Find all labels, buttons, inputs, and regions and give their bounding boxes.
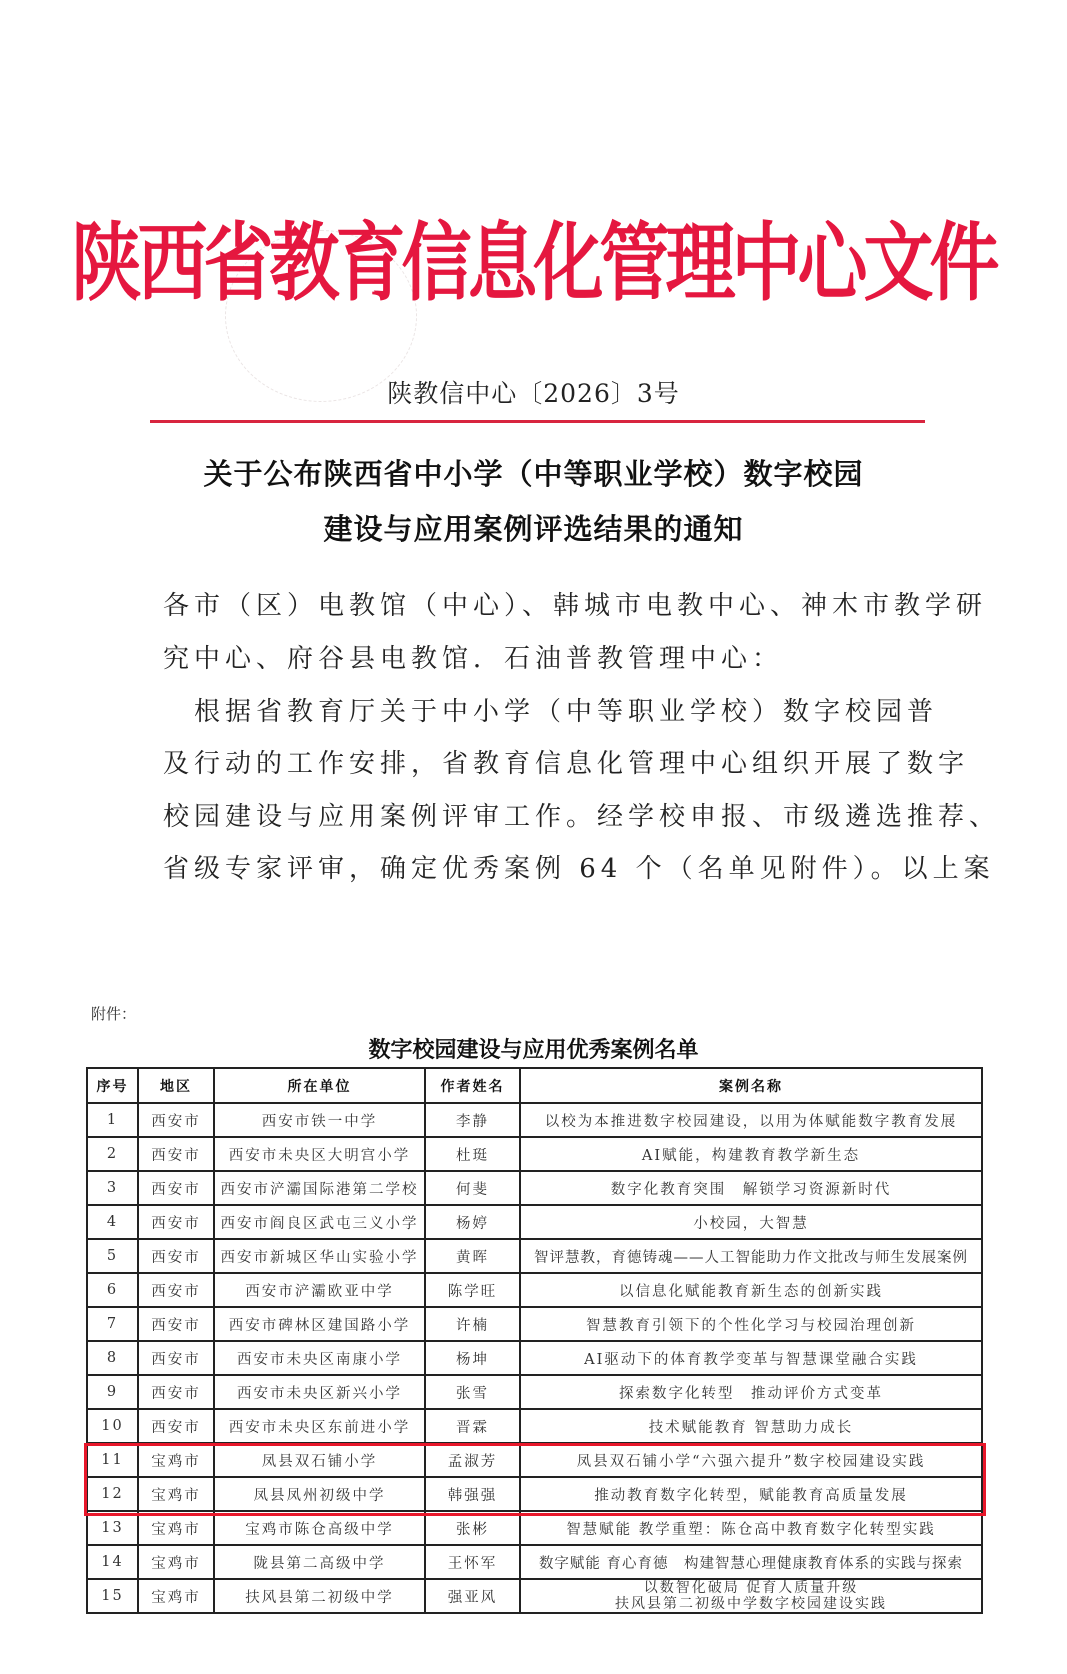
table-row: 10 西安市 西安市未央区东前进小学 晋霖 技术赋能教育 智慧助力成长: [87, 1409, 982, 1443]
cell-region: 宝鸡市: [138, 1443, 214, 1477]
case-line-1: 以数智化破局 促育人质量升级: [523, 1580, 979, 1596]
cell-author: 许楠: [425, 1307, 520, 1341]
table-row: 9 西安市 西安市未央区新兴小学 张雪 探索数字化转型 推动评价方式变革: [87, 1375, 982, 1409]
cell-unit: 西安市碑林区建国路小学: [214, 1307, 425, 1341]
table-title: 数字校园建设与应用优秀案例名单: [0, 1033, 1067, 1064]
cell-author: 杨婷: [425, 1205, 520, 1239]
cell-unit: 陇县第二高级中学: [214, 1545, 425, 1579]
cell-no: 12: [87, 1477, 138, 1511]
cell-author: 陈学旺: [425, 1273, 520, 1307]
cell-unit: 西安市浐灞欧亚中学: [214, 1273, 425, 1307]
cell-unit: 西安市浐灞国际港第二学校: [214, 1171, 425, 1205]
cell-unit: 西安市铁一中学: [214, 1103, 425, 1137]
cell-no: 14: [87, 1545, 138, 1579]
cell-author: 张彬: [425, 1511, 520, 1545]
table-row: 1 西安市 西安市铁一中学 李静 以校为本推进数字校园建设，以用为体赋能数字教育…: [87, 1103, 982, 1137]
cell-case: AI赋能，构建教育教学新生态: [520, 1137, 982, 1171]
attachment-label: 附件：: [91, 1003, 136, 1024]
table-row: 8 西安市 西安市未央区南康小学 杨坤 AI驱动下的体育教学变革与智慧课堂融合实…: [87, 1341, 982, 1375]
cell-no: 9: [87, 1375, 138, 1409]
table-row: 5 西安市 西安市新城区华山实验小学 黄晖 智评慧教，育德铸魂——人工智能助力作…: [87, 1239, 982, 1273]
cell-case: 智慧教育引领下的个性化学习与校园治理创新: [520, 1307, 982, 1341]
col-header-case: 案例名称: [520, 1068, 982, 1103]
cell-no: 3: [87, 1171, 138, 1205]
cell-case: AI驱动下的体育教学变革与智慧课堂融合实践: [520, 1341, 982, 1375]
case-line-2: 扶风县第二初级中学数字校园建设实践: [523, 1596, 979, 1612]
col-header-region: 地区: [138, 1068, 214, 1103]
cell-no: 6: [87, 1273, 138, 1307]
cell-case: 凤县双石铺小学“六强六提升”数字校园建设实践: [520, 1443, 982, 1477]
cell-author: 李静: [425, 1103, 520, 1137]
body-line-3: 根据省教育厅关于中小学（中等职业学校）数字校园普: [163, 691, 938, 728]
cell-author: 王怀军: [425, 1545, 520, 1579]
cell-unit: 西安市未央区南康小学: [214, 1341, 425, 1375]
cell-unit: 扶风县第二初级中学: [214, 1579, 425, 1613]
cell-no: 4: [87, 1205, 138, 1239]
cell-unit: 西安市未央区新兴小学: [214, 1375, 425, 1409]
cell-region: 西安市: [138, 1341, 214, 1375]
cases-table: 序号 地区 所在单位 作者姓名 案例名称 1 西安市 西安市铁一中学 李静 以校…: [86, 1067, 983, 1614]
table-row: 14 宝鸡市 陇县第二高级中学 王怀军 数字赋能 育心育德 构建智慧心理健康教育…: [87, 1545, 982, 1579]
cell-unit: 西安市阎良区武屯三义小学: [214, 1205, 425, 1239]
cell-case: 以校为本推进数字校园建设，以用为体赋能数字教育发展: [520, 1103, 982, 1137]
cell-no: 5: [87, 1239, 138, 1273]
cell-no: 15: [87, 1579, 138, 1613]
cell-region: 西安市: [138, 1103, 214, 1137]
cell-case: 智评慧教，育德铸魂——人工智能助力作文批改与师生发展案例: [520, 1239, 982, 1273]
cell-region: 西安市: [138, 1375, 214, 1409]
cell-case: 技术赋能教育 智慧助力成长: [520, 1409, 982, 1443]
table-row: 2 西安市 西安市未央区大明宫小学 杜珽 AI赋能，构建教育教学新生态: [87, 1137, 982, 1171]
cell-region: 宝鸡市: [138, 1579, 214, 1613]
cell-no: 1: [87, 1103, 138, 1137]
table-row: 15 宝鸡市 扶风县第二初级中学 强亚风 以数智化破局 促育人质量升级 扶风县第…: [87, 1579, 982, 1613]
cell-author: 黄晖: [425, 1239, 520, 1273]
cell-region: 西安市: [138, 1205, 214, 1239]
cell-unit: 西安市未央区大明宫小学: [214, 1137, 425, 1171]
cell-author: 张雪: [425, 1375, 520, 1409]
cell-unit: 西安市未央区东前进小学: [214, 1409, 425, 1443]
table-header-row: 序号 地区 所在单位 作者姓名 案例名称: [87, 1068, 982, 1103]
cell-region: 宝鸡市: [138, 1545, 214, 1579]
table-row: 13 宝鸡市 宝鸡市陈仓高级中学 张彬 智慧赋能 教学重塑：陈仓高中教育数字化转…: [87, 1511, 982, 1545]
table-row: 7 西安市 西安市碑林区建国路小学 许楠 智慧教育引领下的个性化学习与校园治理创…: [87, 1307, 982, 1341]
cell-author: 晋霖: [425, 1409, 520, 1443]
body-line-4: 及行动的工作安排，省教育信息化管理中心组织开展了数字: [163, 743, 969, 780]
body-line-2: 究中心、府谷县电教馆．石油普教管理中心：: [163, 638, 783, 675]
issuer-title: 陕西省教育信息化管理中心文件: [0, 195, 1067, 318]
table-row: 6 西安市 西安市浐灞欧亚中学 陈学旺 以信息化赋能教育新生态的创新实践: [87, 1273, 982, 1307]
table-row-highlighted: 11 宝鸡市 凤县双石铺小学 孟淑芳 凤县双石铺小学“六强六提升”数字校园建设实…: [87, 1443, 982, 1477]
cell-region: 西安市: [138, 1307, 214, 1341]
cell-unit: 宝鸡市陈仓高级中学: [214, 1511, 425, 1545]
red-divider: [150, 420, 925, 423]
cell-no: 2: [87, 1137, 138, 1171]
cell-case: 以信息化赋能教育新生态的创新实践: [520, 1273, 982, 1307]
cell-unit: 凤县双石铺小学: [214, 1443, 425, 1477]
col-header-author: 作者姓名: [425, 1068, 520, 1103]
cell-no: 7: [87, 1307, 138, 1341]
cell-case: 数字化教育突围 解锁学习资源新时代: [520, 1171, 982, 1205]
table-row-highlighted: 12 宝鸡市 凤县凤州初级中学 韩强强 推动教育数字化转型，赋能教育高质量发展: [87, 1477, 982, 1511]
document-number: 陕教信中心〔2026〕3号: [0, 374, 1067, 410]
cell-no: 8: [87, 1341, 138, 1375]
cell-no: 13: [87, 1511, 138, 1545]
cell-case: 数字赋能 育心育德 构建智慧心理健康教育体系的实践与探索: [520, 1545, 982, 1579]
cell-author: 杜珽: [425, 1137, 520, 1171]
cell-region: 西安市: [138, 1171, 214, 1205]
body-line-1: 各市（区）电教馆（中心）、韩城市电教中心、神木市教学研: [163, 585, 987, 622]
cell-case: 小校园，大智慧: [520, 1205, 982, 1239]
cell-region: 西安市: [138, 1409, 214, 1443]
cell-author: 韩强强: [425, 1477, 520, 1511]
cell-region: 西安市: [138, 1273, 214, 1307]
cell-case: 推动教育数字化转型，赋能教育高质量发展: [520, 1477, 982, 1511]
table-row: 3 西安市 西安市浐灞国际港第二学校 何斐 数字化教育突围 解锁学习资源新时代: [87, 1171, 982, 1205]
cell-no: 11: [87, 1443, 138, 1477]
cell-unit: 凤县凤州初级中学: [214, 1477, 425, 1511]
body-line-5: 校园建设与应用案例评审工作。经学校申报、市级遴选推荐、: [163, 796, 1000, 833]
cell-no: 10: [87, 1409, 138, 1443]
cell-region: 西安市: [138, 1239, 214, 1273]
cell-region: 西安市: [138, 1137, 214, 1171]
cell-case: 智慧赋能 教学重塑：陈仓高中教育数字化转型实践: [520, 1511, 982, 1545]
cell-author: 何斐: [425, 1171, 520, 1205]
cell-author: 杨坤: [425, 1341, 520, 1375]
cell-case: 以数智化破局 促育人质量升级 扶风县第二初级中学数字校园建设实践: [520, 1579, 982, 1613]
cell-author: 强亚风: [425, 1579, 520, 1613]
body-line-6: 省级专家评审，确定优秀案例 64 个（名单见附件）。以上案: [163, 848, 995, 885]
cell-case: 探索数字化转型 推动评价方式变革: [520, 1375, 982, 1409]
cell-region: 宝鸡市: [138, 1511, 214, 1545]
col-header-unit: 所在单位: [214, 1068, 425, 1103]
cell-unit: 西安市新城区华山实验小学: [214, 1239, 425, 1273]
col-header-no: 序号: [87, 1068, 138, 1103]
cell-author: 孟淑芳: [425, 1443, 520, 1477]
cell-region: 宝鸡市: [138, 1477, 214, 1511]
table-row: 4 西安市 西安市阎良区武屯三义小学 杨婷 小校园，大智慧: [87, 1205, 982, 1239]
notice-title-line1: 关于公布陕西省中小学（中等职业学校）数字校园: [0, 452, 1067, 493]
notice-title-line2: 建设与应用案例评选结果的通知: [0, 507, 1067, 548]
